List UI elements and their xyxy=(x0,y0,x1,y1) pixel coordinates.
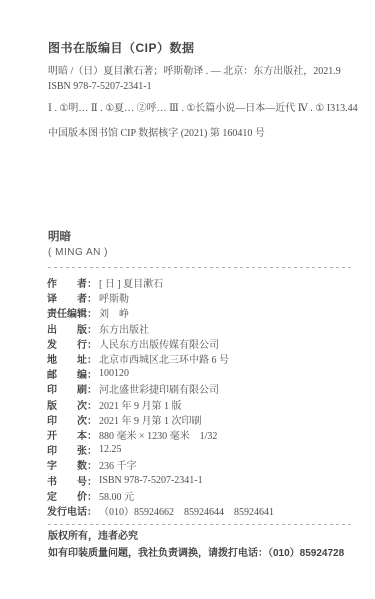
colophon-row-value: ISBN 978-7-5207-2341-1 xyxy=(99,475,203,486)
colophon-row-sales-phone: 发行电话：（010）85924662 85924644 85924641 xyxy=(47,503,355,518)
dashed-divider-top xyxy=(48,267,353,268)
book-title: 明暗 xyxy=(48,230,71,244)
colophon-row-label: 书 号： xyxy=(47,473,99,488)
colophon-row-value: 河北盛世彩捷印刷有限公司 xyxy=(99,381,219,396)
colophon-row-sheets: 印 张：12.25 xyxy=(47,442,355,457)
colophon-row-label: 译 者： xyxy=(47,290,99,305)
colophon-row-label: 字 数： xyxy=(47,457,99,472)
colophon-row-wordcount: 字 数：236 千字 xyxy=(47,457,355,472)
colophon-row-format: 开 本：880 毫米 × 1230 毫米 1/32 xyxy=(47,427,355,442)
colophon-row-value: 2021 年 9 月第 1 版 xyxy=(99,397,182,412)
colophon-row-label: 印 次： xyxy=(47,412,99,427)
colophon-row-price: 定 价：58.00 元 xyxy=(47,488,355,503)
colophon-row-label: 版 次： xyxy=(47,397,99,412)
cip-classification-line: Ⅰ . ①明… Ⅱ . ①夏… ②呼… Ⅲ . ①长篇小说—日本—近代 Ⅳ . … xyxy=(48,103,358,116)
colophon-row-value: 北京市西城区北三环中路 6 号 xyxy=(99,351,229,366)
colophon-row-author: 作 者：[ 日 ] 夏目漱石 xyxy=(47,275,355,290)
cip-record-number-line: 中国版本图书馆 CIP 数据核字 (2021) 第 160410 号 xyxy=(48,128,265,141)
colophon-row-editor: 责任编辑：刘 峥 xyxy=(47,305,355,320)
colophon-row-translator: 译 者：呼斯勒 xyxy=(47,290,355,305)
cip-description-line: 明暗 /（日）夏目漱石著；呼斯勒译 . — 北京：东方出版社，2021.9 xyxy=(48,66,341,79)
colophon-row-impression: 印 次：2021 年 9 月第 1 次印刷 xyxy=(47,412,355,427)
colophon-row-label: 印 刷： xyxy=(47,381,99,396)
colophon-row-value: 呼斯勒 xyxy=(99,290,129,305)
colophon-row-value: 100120 xyxy=(99,368,129,379)
colophon-row-label: 印 张： xyxy=(47,442,99,457)
colophon-row-label: 责任编辑： xyxy=(47,305,99,320)
colophon-row-address: 地 址：北京市西城区北三环中路 6 号 xyxy=(47,351,355,366)
book-title-pinyin: ( MING AN ) xyxy=(48,247,108,260)
colophon-row-value: 2021 年 9 月第 1 次印刷 xyxy=(99,412,202,427)
colophon-row-label: 发行电话： xyxy=(47,503,99,518)
colophon-row-isbn: 书 号：ISBN 978-7-5207-2341-1 xyxy=(47,472,355,487)
colophon-row-distributor: 发 行：人民东方出版传媒有限公司 xyxy=(47,336,355,351)
cip-isbn-line: ISBN 978-7-5207-2341-1 xyxy=(48,81,152,94)
colophon-row-value: （010）85924662 85924644 85924641 xyxy=(99,503,274,518)
colophon-row-value: 刘 峥 xyxy=(99,305,129,320)
colophon-row-postcode: 邮 编：100120 xyxy=(47,366,355,381)
dashed-divider-bottom xyxy=(48,524,353,525)
colophon-row-label: 定 价： xyxy=(47,488,99,503)
colophon-row-label: 作 者： xyxy=(47,275,99,290)
colophon-row-value: 58.00 元 xyxy=(99,488,134,503)
colophon-row-value: [ 日 ] 夏目漱石 xyxy=(99,275,163,290)
colophon-row-label: 发 行： xyxy=(47,336,99,351)
colophon-row-value: 东方出版社 xyxy=(99,321,149,336)
copyright-notice: 版权所有，违者必究 xyxy=(48,531,138,544)
colophon-row-edition: 版 次：2021 年 9 月第 1 版 xyxy=(47,397,355,412)
cip-title: 图书在版编目（CIP）数据 xyxy=(48,41,195,56)
colophon-row-label: 地 址： xyxy=(47,351,99,366)
colophon-row-value: 236 千字 xyxy=(99,457,137,472)
print-quality-exchange-notice: 如有印装质量问题，我社负责调换，请拨打电话：（010）85924728 xyxy=(48,548,344,561)
colophon-row-value: 880 毫米 × 1230 毫米 1/32 xyxy=(99,427,217,442)
colophon-row-label: 邮 编： xyxy=(47,366,99,381)
colophon-list: 作 者：[ 日 ] 夏目漱石 译 者：呼斯勒 责任编辑：刘 峥 出 版：东方出版… xyxy=(47,275,355,518)
colophon-row-printer: 印 刷：河北盛世彩捷印刷有限公司 xyxy=(47,381,355,396)
colophon-row-value: 12.25 xyxy=(99,444,122,455)
colophon-row-label: 出 版： xyxy=(47,321,99,336)
colophon-row-label: 开 本： xyxy=(47,427,99,442)
colophon-row-publisher: 出 版：东方出版社 xyxy=(47,321,355,336)
copyright-page: 图书在版编目（CIP）数据 明暗 /（日）夏目漱石著；呼斯勒译 . — 北京：东… xyxy=(0,0,375,599)
colophon-row-value: 人民东方出版传媒有限公司 xyxy=(99,336,219,351)
